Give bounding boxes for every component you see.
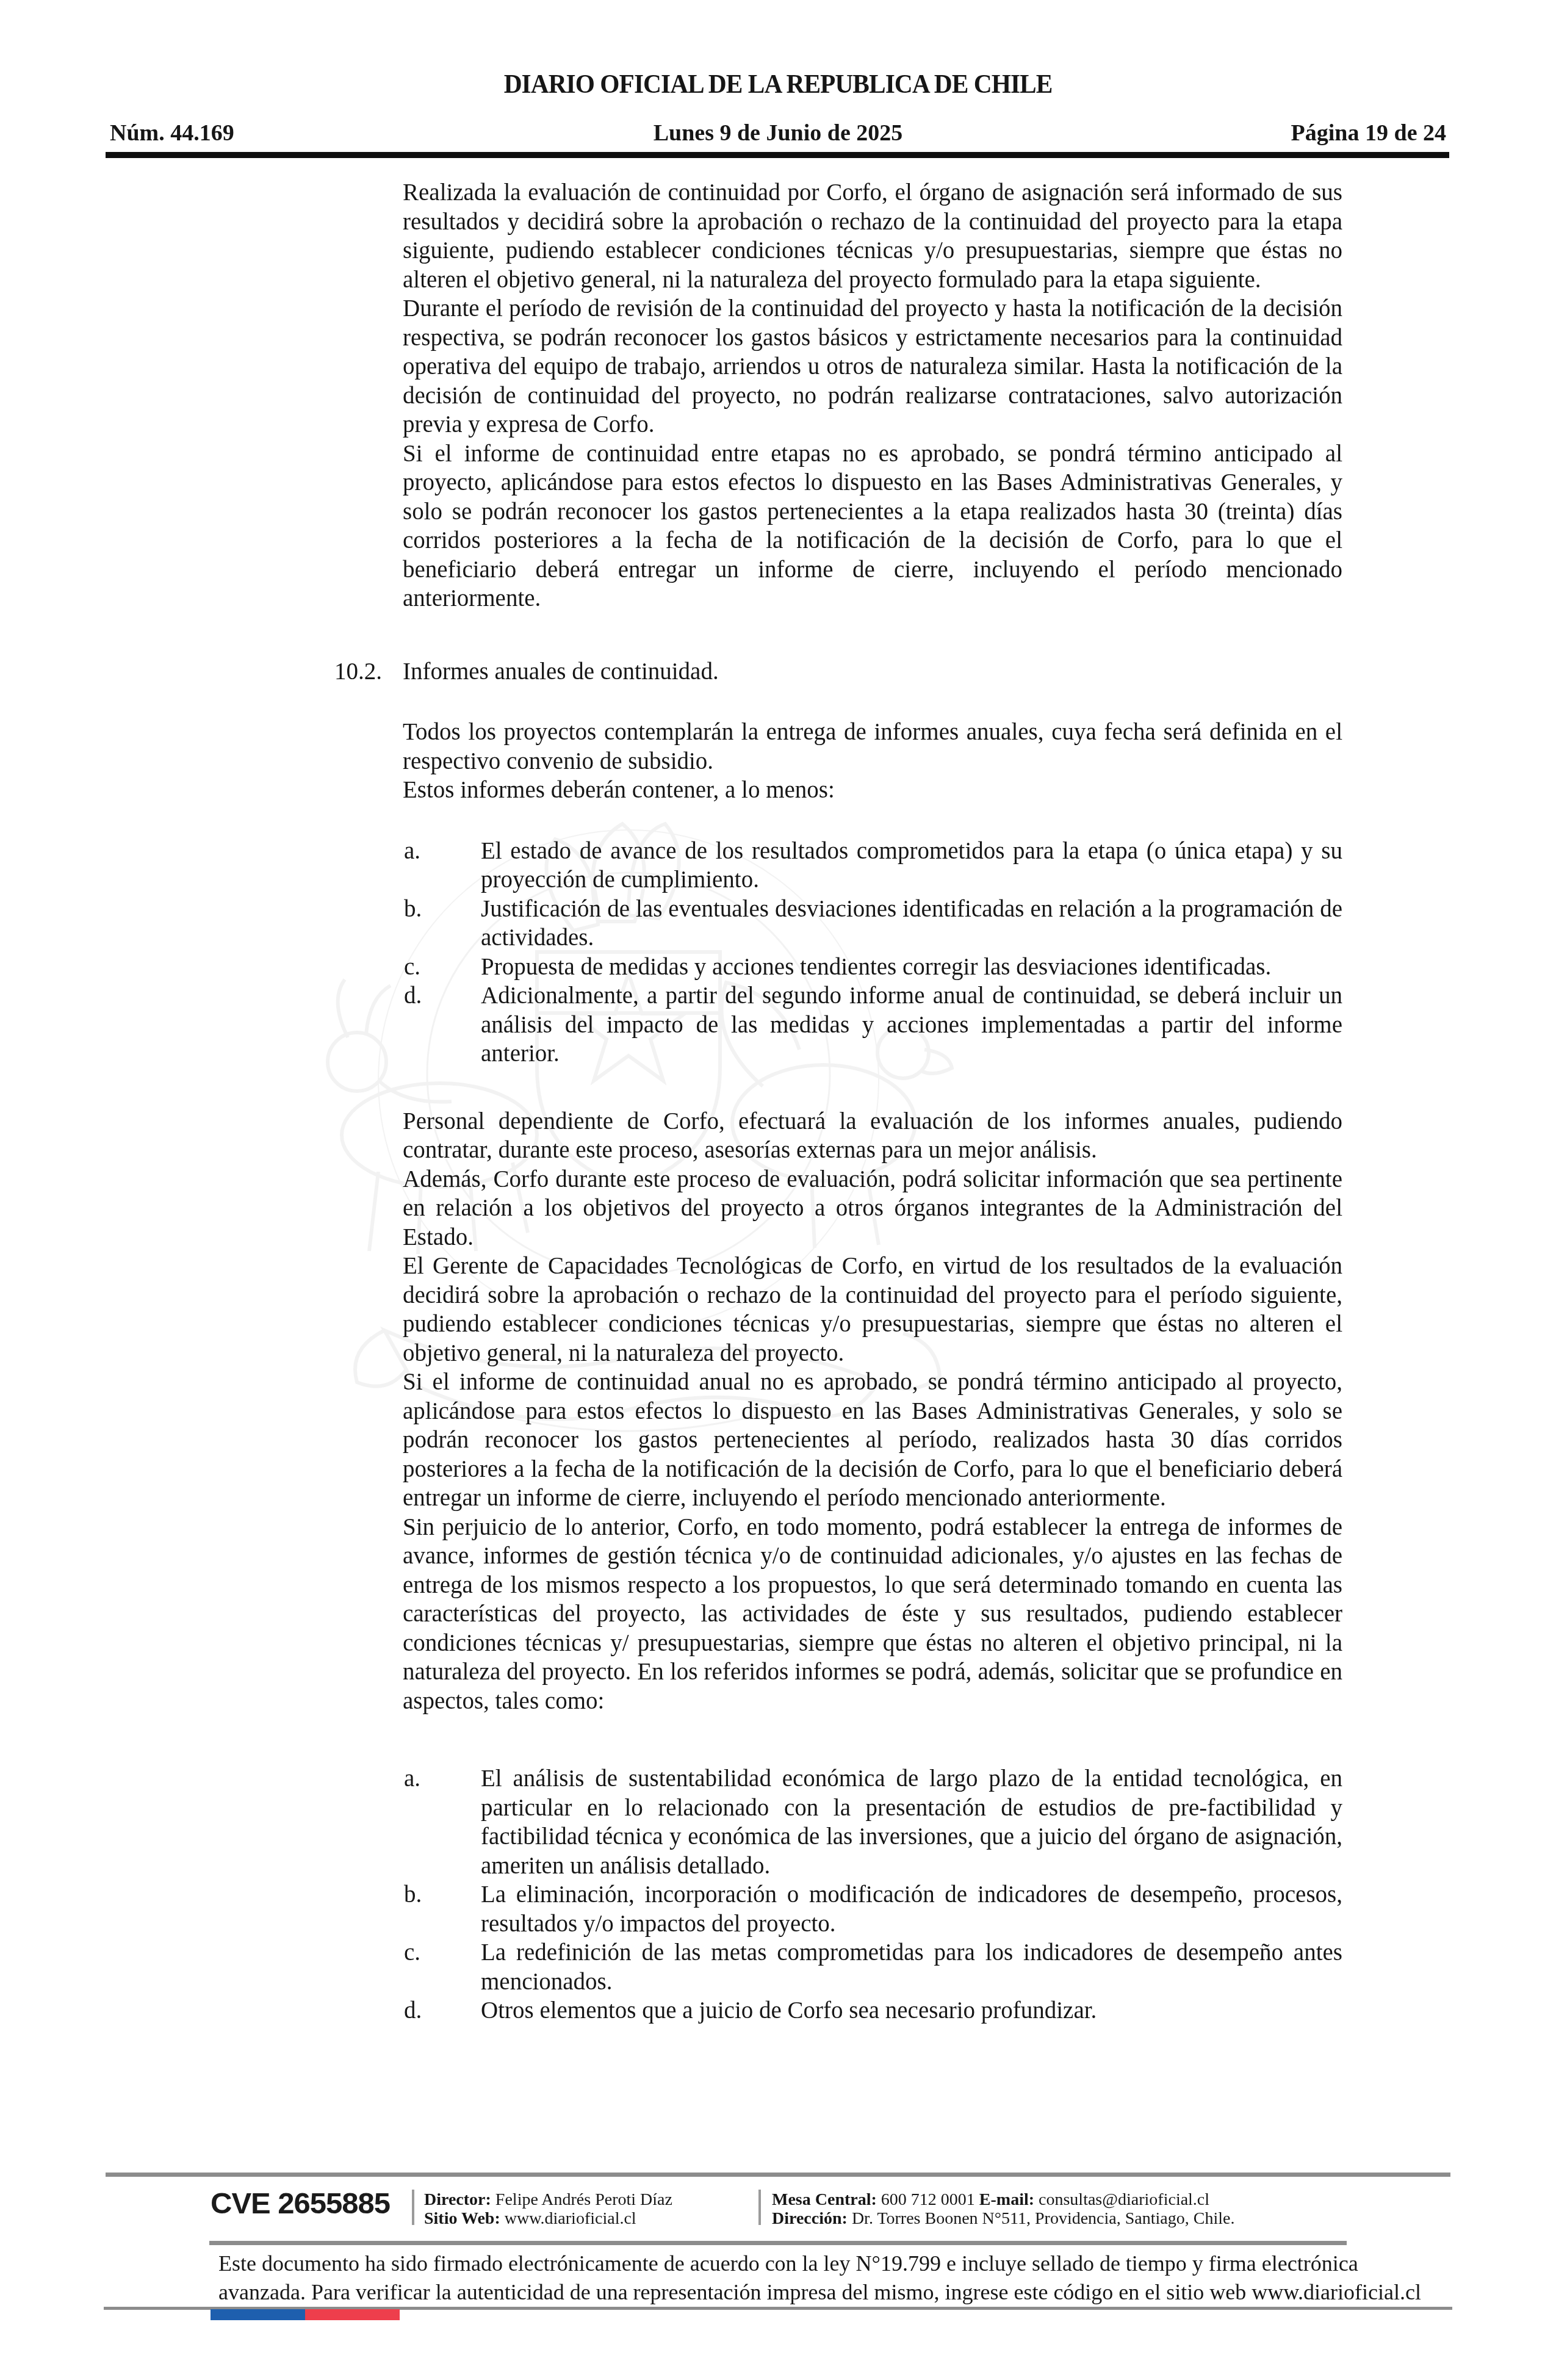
list-item: b.Justificación de las eventuales desvia… [481,895,1342,953]
list-item: a.El análisis de sustentabilidad económi… [481,1764,1342,1880]
list-marker: c. [404,953,420,982]
list-item-text: La eliminación, incorporación o modifica… [481,1881,1342,1937]
legal-line: Este documento ha sido firmado electróni… [218,2249,1347,2278]
footer-label: Mesa Central: [772,2190,877,2209]
legal-line: avanzada. Para verificar la autenticidad… [218,2278,1347,2307]
list-marker: b. [404,1880,422,1909]
list-item-text: Propuesta de medidas y acciones tendient… [481,954,1271,980]
footer-divider-1 [412,2190,414,2225]
paragraph: Estos informes deberán contener, a lo me… [403,776,1342,805]
paragraph: Todos los proyectos contemplarán la entr… [403,718,1342,776]
paragraph: Si el informe de continuidad anual no es… [403,1368,1342,1513]
footer-row: Dirección: Dr. Torres Boonen N°511, Prov… [772,2209,1234,2228]
paragraph: Durante el período de revisión de la con… [403,294,1342,439]
header-rule [106,152,1449,158]
gazette-title: DIARIO OFICIAL DE LA REPUBLICA DE CHILE [47,68,1510,99]
cve-code: CVE 2655885 [211,2187,390,2221]
footer-value: Dr. Torres Boonen N°511, Providencia, Sa… [848,2209,1234,2228]
list-item: b.La eliminación, incorporación o modifi… [481,1880,1342,1938]
footer-row: Sitio Web: www.diarioficial.cl [424,2209,672,2228]
list-item: d.Otros elementos que a juicio de Corfo … [481,1996,1342,2025]
header-meta-row: Núm. 44.169 Lunes 9 de Junio de 2025 Pág… [110,120,1446,150]
list-item: c.La redefinición de las metas compromet… [481,1938,1342,1996]
paragraph: Realizada la evaluación de continuidad p… [403,178,1342,294]
list-marker: b. [404,895,422,924]
paragraph: Si el informe de continuidad entre etapa… [403,439,1342,613]
flag-red-segment [305,2309,400,2320]
list-item-text: La redefinición de las metas comprometid… [481,1939,1342,1995]
paragraph: Además, Corfo durante este proceso de ev… [403,1165,1342,1252]
section-heading: 10.2.Informes anuales de continuidad. [403,657,1342,687]
list-item: c.Propuesta de medidas y acciones tendie… [481,953,1342,982]
list-marker: d. [404,981,422,1011]
footer-label: Dirección: [772,2209,848,2228]
page-indicator: Página 19 de 24 [1291,120,1446,146]
footer-top-rule [106,2173,1450,2177]
footer-divider-2 [758,2190,761,2225]
paragraph: Personal dependiente de Corfo, efectuará… [403,1107,1342,1165]
edition-date: Lunes 9 de Junio de 2025 [110,120,1446,146]
gazette-page: DIARIO OFICIAL DE LA REPUBLICA DE CHILE … [0,0,1556,2380]
list-item-text: Justificación de las eventuales desviaci… [481,896,1342,951]
footer-value: www.diarioficial.cl [500,2209,636,2228]
footer-value: consultas@diarioficial.cl [1034,2190,1209,2209]
list-marker: d. [404,1996,422,2025]
flag-blue-segment [211,2309,305,2320]
section-title: Informes anuales de continuidad. [403,658,719,685]
paragraph: Sin perjuicio de lo anterior, Corfo, en … [403,1513,1342,1716]
lettered-list: a.El estado de avance de los resultados … [403,837,1342,1069]
legal-notice: Este documento ha sido firmado electróni… [218,2249,1347,2307]
footer-value: 600 712 0001 [877,2190,979,2209]
footer-middle-rule [209,2241,1347,2245]
footer-label: Sitio Web: [424,2209,500,2228]
list-marker: a. [404,1764,420,1794]
list-item: a.El estado de avance de los resultados … [481,837,1342,895]
list-marker: c. [404,1938,420,1967]
section-number: 10.2. [334,657,382,687]
footer-value: Felipe Andrés Peroti Díaz [491,2190,672,2209]
list-item-text: Otros elementos que a juicio de Corfo se… [481,1997,1097,2024]
list-marker: a. [404,837,420,866]
chile-flag-bar-icon [211,2309,400,2320]
list-item-text: El análisis de sustentabilidad económica… [481,1765,1342,1879]
footer-label: Director: [424,2190,491,2209]
footer-contact-column: Mesa Central: 600 712 0001 E-mail: consu… [772,2190,1234,2228]
lettered-list: a.El análisis de sustentabilidad económi… [403,1764,1342,2025]
list-item-text: Adicionalmente, a partir del segundo inf… [481,983,1342,1067]
list-item-text: El estado de avance de los resultados co… [481,838,1342,893]
footer-row: Mesa Central: 600 712 0001 E-mail: consu… [772,2190,1234,2209]
footer-label: E-mail: [979,2190,1034,2209]
document-body: Realizada la evaluación de continuidad p… [403,178,1342,2025]
footer-row: Director: Felipe Andrés Peroti Díaz [424,2190,672,2209]
footer-director-column: Director: Felipe Andrés Peroti DíazSitio… [424,2190,672,2228]
list-item: d.Adicionalmente, a partir del segundo i… [481,981,1342,1069]
paragraph: El Gerente de Capacidades Tecnológicas d… [403,1252,1342,1368]
